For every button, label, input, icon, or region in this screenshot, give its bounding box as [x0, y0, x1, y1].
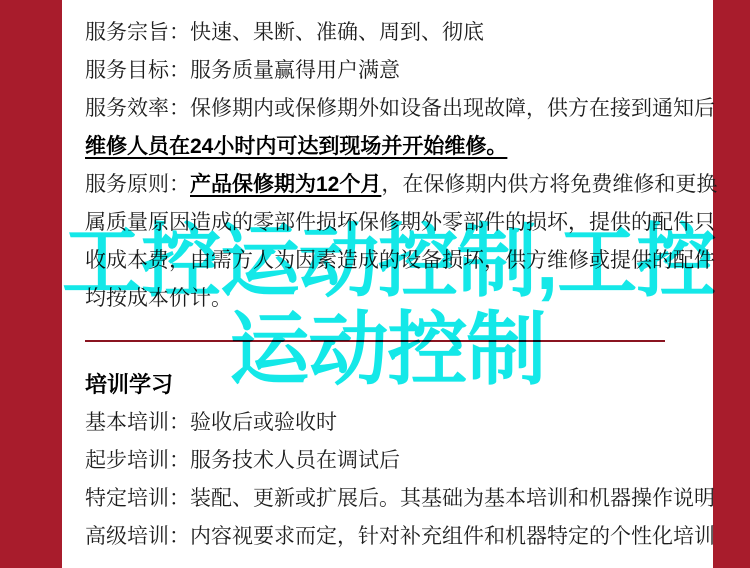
- principle-warranty-emphasis-text: 产品保修期为12个月: [190, 173, 381, 196]
- service-efficiency-line: 服务效率：保修期内或保修期外如设备出现故障，供方在接到通知后: [85, 90, 701, 128]
- document-content: 服务宗旨：快速、果断、准确、周到、彻底 服务目标：服务质量赢得用户满意 服务效率…: [62, 0, 713, 568]
- training-section-heading: 培训学习: [85, 366, 701, 404]
- principle-rest-text: ，在保修期内供方将免费维修和更换: [381, 173, 717, 196]
- efficiency-emphasis-text: 维修人员在24小时内可达到现场并开始维修。: [85, 135, 507, 158]
- training-basic-line: 基本培训：验收后或验收时: [85, 404, 701, 442]
- training-specific-line: 特定培训：装配、更新或扩展后。其基础为基本培训和机器操作说明: [85, 480, 701, 518]
- left-red-border: [0, 0, 62, 568]
- training-advanced-line: 高级培训：内容视要求而定，针对补充组件和机器特定的个性化培训: [85, 518, 701, 556]
- service-goal-line: 服务目标：服务质量赢得用户满意: [85, 52, 701, 90]
- service-efficiency-bold-line: 维修人员在24小时内可达到现场并开始维修。: [85, 128, 701, 166]
- training-start-line: 起步培训：服务技术人员在调试后: [85, 442, 701, 480]
- service-principle-cont1-line: 属质量原因造成的零部件损坏保修期外零部件的损坏，提供的配件只: [85, 204, 701, 242]
- service-principle-cont3-line: 均按成本价计。: [85, 280, 701, 318]
- service-principle-cont2-line: 收成本费，由需方人为因素造成的设备损坏，供方维修或提供的配件: [85, 242, 701, 280]
- service-principle-line: 服务原则：产品保修期为12个月，在保修期内供方将免费维修和更换: [85, 166, 701, 204]
- section-divider-line: [85, 340, 665, 342]
- service-purpose-line: 服务宗旨：快速、果断、准确、周到、彻底: [85, 14, 701, 52]
- principle-prefix-text: 服务原则：: [85, 173, 190, 196]
- document-page: 服务宗旨：快速、果断、准确、周到、彻底 服务目标：服务质量赢得用户满意 服务效率…: [0, 0, 750, 568]
- right-red-border: [713, 0, 750, 568]
